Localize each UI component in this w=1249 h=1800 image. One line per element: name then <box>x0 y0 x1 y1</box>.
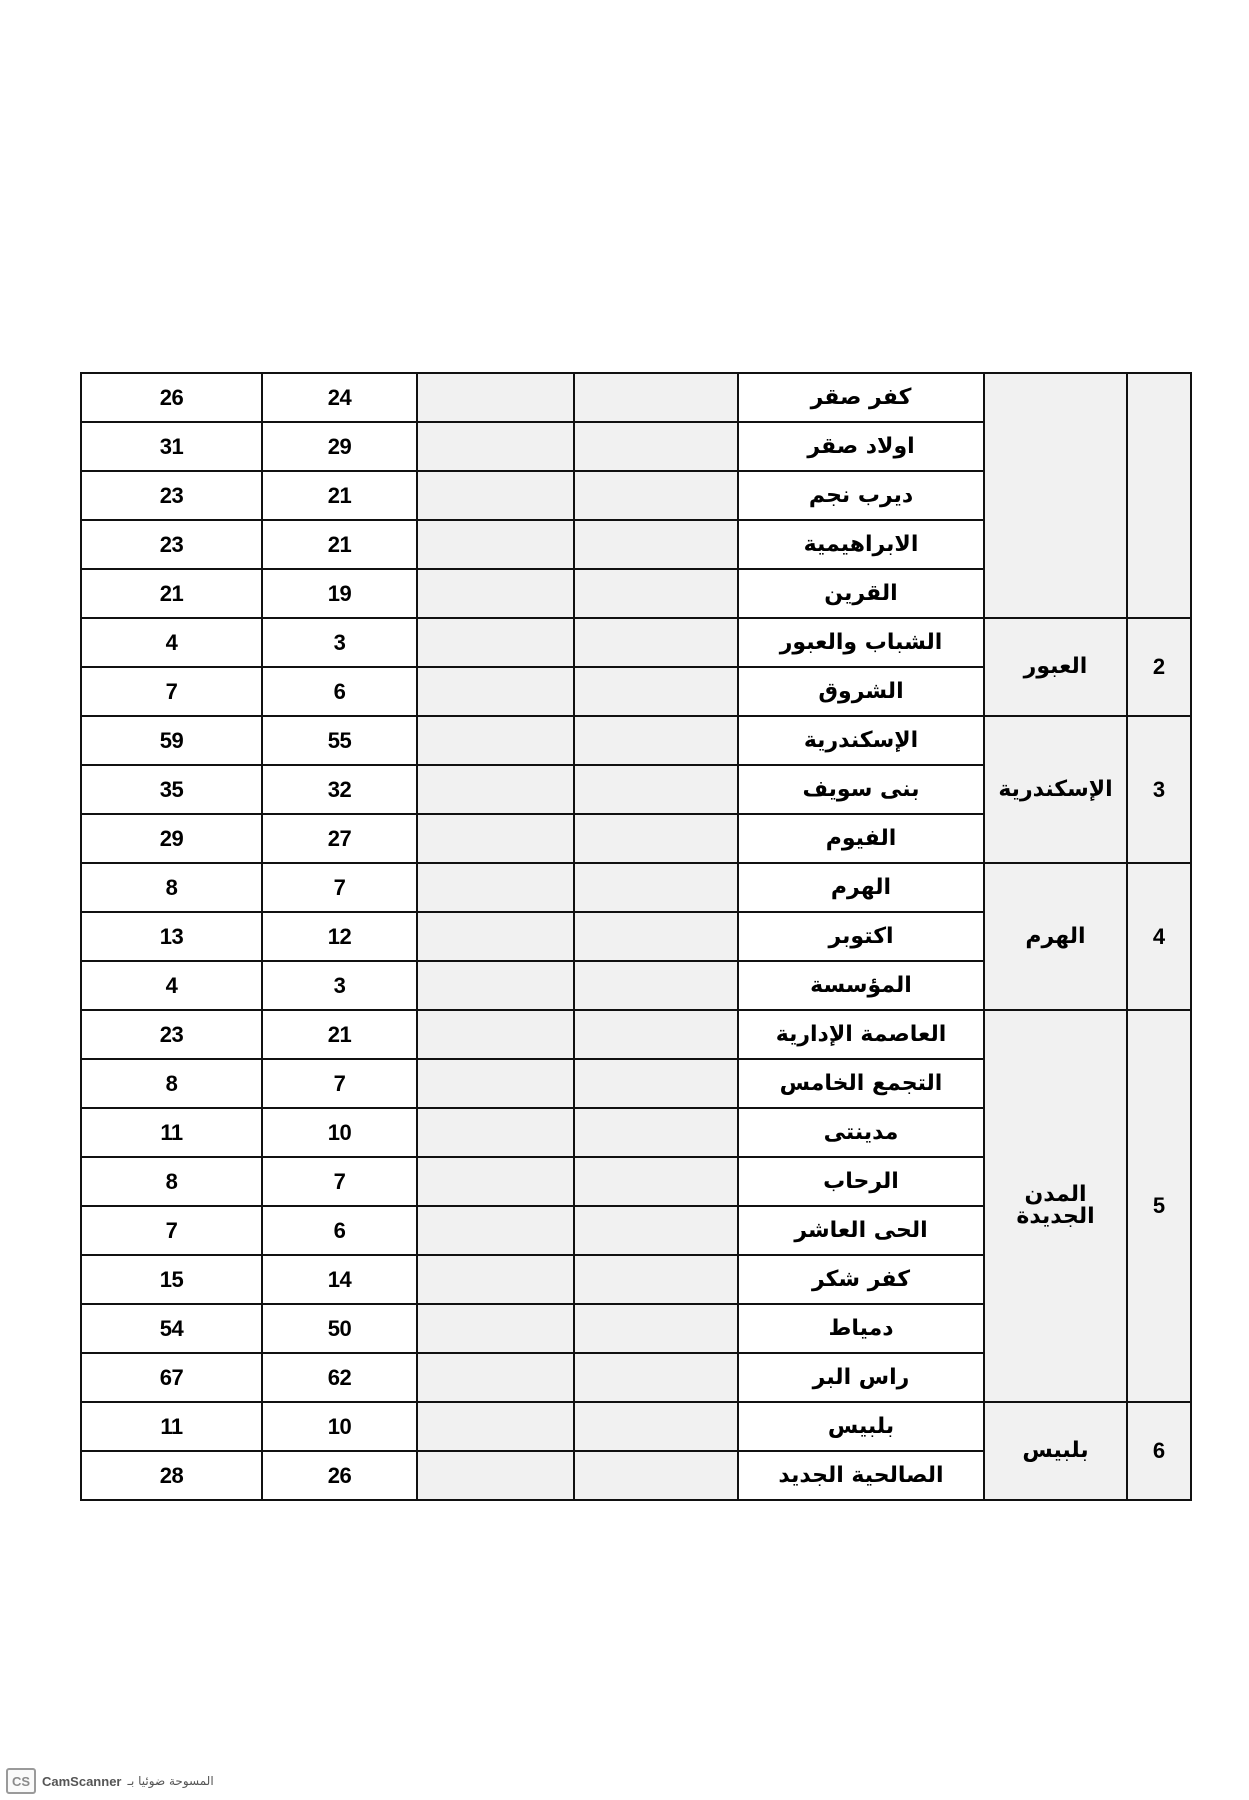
location-cell: الصالحية الجديد <box>738 1451 984 1500</box>
value-a-cell: 3 <box>262 961 417 1010</box>
value-a-cell: 6 <box>262 1206 417 1255</box>
group-number-cell: 5 <box>1127 1010 1191 1402</box>
value-a-cell: 21 <box>262 1010 417 1059</box>
value-a-cell: 19 <box>262 569 417 618</box>
location-cell: بنى سويف <box>738 765 984 814</box>
blank-cell <box>417 520 574 569</box>
blank-cell <box>574 422 738 471</box>
blank-cell <box>417 422 574 471</box>
group-number-cell: 4 <box>1127 863 1191 1010</box>
location-cell: الفيوم <box>738 814 984 863</box>
location-cell: ديرب نجم <box>738 471 984 520</box>
value-a-cell: 6 <box>262 667 417 716</box>
blank-cell <box>574 716 738 765</box>
blank-cell <box>574 961 738 1010</box>
value-b-cell: 31 <box>81 422 262 471</box>
blank-cell <box>417 912 574 961</box>
camscanner-footer: CS CamScanner المسوحة ضوئيا بـ <box>6 1767 214 1795</box>
blank-cell <box>574 1255 738 1304</box>
value-a-cell: 12 <box>262 912 417 961</box>
blank-cell <box>574 863 738 912</box>
blank-cell <box>417 1108 574 1157</box>
blank-cell <box>417 1304 574 1353</box>
table-row: 2624كفر صقر <box>81 373 1191 422</box>
blank-cell <box>417 1206 574 1255</box>
value-b-cell: 28 <box>81 1451 262 1500</box>
location-cell: مدينتى <box>738 1108 984 1157</box>
blank-cell <box>574 520 738 569</box>
blank-cell <box>417 961 574 1010</box>
value-b-cell: 7 <box>81 667 262 716</box>
value-b-cell: 7 <box>81 1206 262 1255</box>
location-cell: كفر شكر <box>738 1255 984 1304</box>
value-b-cell: 13 <box>81 912 262 961</box>
value-a-cell: 50 <box>262 1304 417 1353</box>
location-cell: التجمع الخامس <box>738 1059 984 1108</box>
blank-cell <box>417 814 574 863</box>
blank-cell <box>574 1010 738 1059</box>
value-a-cell: 14 <box>262 1255 417 1304</box>
blank-cell <box>417 1255 574 1304</box>
value-a-cell: 26 <box>262 1451 417 1500</box>
value-a-cell: 29 <box>262 422 417 471</box>
camscanner-brand: CamScanner <box>42 1774 121 1789</box>
value-b-cell: 15 <box>81 1255 262 1304</box>
location-cell: الإسكندرية <box>738 716 984 765</box>
blank-cell <box>417 1402 574 1451</box>
blank-cell <box>417 1353 574 1402</box>
value-b-cell: 23 <box>81 471 262 520</box>
location-cell: المؤسسة <box>738 961 984 1010</box>
location-cell: بلبيس <box>738 1402 984 1451</box>
value-b-cell: 8 <box>81 863 262 912</box>
group-number-cell: 6 <box>1127 1402 1191 1500</box>
blank-cell <box>574 1157 738 1206</box>
value-a-cell: 62 <box>262 1353 417 1402</box>
group-name-cell: المدن الجديدة <box>984 1010 1127 1402</box>
value-b-cell: 8 <box>81 1059 262 1108</box>
blank-cell <box>574 1451 738 1500</box>
value-b-cell: 11 <box>81 1108 262 1157</box>
value-a-cell: 7 <box>262 1157 417 1206</box>
value-b-cell: 21 <box>81 569 262 618</box>
location-cell: الرحاب <box>738 1157 984 1206</box>
value-a-cell: 3 <box>262 618 417 667</box>
group-number-cell <box>1127 373 1191 618</box>
blank-cell <box>417 765 574 814</box>
location-cell: راس البر <box>738 1353 984 1402</box>
blank-cell <box>417 1451 574 1500</box>
value-b-cell: 35 <box>81 765 262 814</box>
location-cell: الابراهيمية <box>738 520 984 569</box>
location-cell: الهرم <box>738 863 984 912</box>
table-row: 1110بلبيسبلبيس6 <box>81 1402 1191 1451</box>
location-cell: اولاد صقر <box>738 422 984 471</box>
blank-cell <box>574 1206 738 1255</box>
value-a-cell: 32 <box>262 765 417 814</box>
table-row: 2321العاصمة الإداريةالمدن الجديدة5 <box>81 1010 1191 1059</box>
value-b-cell: 59 <box>81 716 262 765</box>
blank-cell <box>574 1402 738 1451</box>
group-name-cell: العبور <box>984 618 1127 716</box>
scanned-page: 2624كفر صقر3129اولاد صقر2321ديرب نجم2321… <box>0 0 1249 1800</box>
blank-cell <box>574 1059 738 1108</box>
value-b-cell: 4 <box>81 618 262 667</box>
blank-cell <box>574 912 738 961</box>
group-name-cell: بلبيس <box>984 1402 1127 1500</box>
table-row: 43الشباب والعبورالعبور2 <box>81 618 1191 667</box>
group-name-cell <box>984 373 1127 618</box>
blank-cell <box>574 569 738 618</box>
value-b-cell: 23 <box>81 1010 262 1059</box>
value-b-cell: 29 <box>81 814 262 863</box>
value-a-cell: 10 <box>262 1108 417 1157</box>
blank-cell <box>574 1353 738 1402</box>
blank-cell <box>574 373 738 422</box>
blank-cell <box>417 373 574 422</box>
value-a-cell: 21 <box>262 471 417 520</box>
location-cell: الشروق <box>738 667 984 716</box>
value-a-cell: 24 <box>262 373 417 422</box>
blank-cell <box>574 471 738 520</box>
value-a-cell: 27 <box>262 814 417 863</box>
blank-cell <box>417 1059 574 1108</box>
value-a-cell: 10 <box>262 1402 417 1451</box>
blank-cell <box>417 471 574 520</box>
scanned-by-caption: المسوحة ضوئيا بـ <box>127 1774 213 1788</box>
group-number-cell: 3 <box>1127 716 1191 863</box>
blank-cell <box>417 618 574 667</box>
value-a-cell: 21 <box>262 520 417 569</box>
location-cell: الحى العاشر <box>738 1206 984 1255</box>
location-cell: كفر صقر <box>738 373 984 422</box>
camscanner-logo-icon: CS <box>6 1768 36 1794</box>
blank-cell <box>574 1304 738 1353</box>
data-table: 2624كفر صقر3129اولاد صقر2321ديرب نجم2321… <box>80 372 1192 1501</box>
table-row: 5955الإسكندريةالإسكندرية3 <box>81 716 1191 765</box>
blank-cell <box>417 1010 574 1059</box>
blank-cell <box>417 1157 574 1206</box>
value-b-cell: 8 <box>81 1157 262 1206</box>
value-b-cell: 23 <box>81 520 262 569</box>
group-number-cell: 2 <box>1127 618 1191 716</box>
value-a-cell: 55 <box>262 716 417 765</box>
blank-cell <box>574 618 738 667</box>
blank-cell <box>417 569 574 618</box>
value-a-cell: 7 <box>262 1059 417 1108</box>
value-b-cell: 67 <box>81 1353 262 1402</box>
value-b-cell: 4 <box>81 961 262 1010</box>
blank-cell <box>417 863 574 912</box>
location-cell: الشباب والعبور <box>738 618 984 667</box>
value-b-cell: 11 <box>81 1402 262 1451</box>
location-cell: العاصمة الإدارية <box>738 1010 984 1059</box>
location-cell: القرين <box>738 569 984 618</box>
group-name-cell: الإسكندرية <box>984 716 1127 863</box>
group-name-cell: الهرم <box>984 863 1127 1010</box>
location-cell: دمياط <box>738 1304 984 1353</box>
table-body: 2624كفر صقر3129اولاد صقر2321ديرب نجم2321… <box>81 373 1191 1500</box>
blank-cell <box>417 716 574 765</box>
blank-cell <box>574 1108 738 1157</box>
value-b-cell: 54 <box>81 1304 262 1353</box>
blank-cell <box>574 814 738 863</box>
blank-cell <box>574 667 738 716</box>
blank-cell <box>417 667 574 716</box>
value-a-cell: 7 <box>262 863 417 912</box>
table-row: 87الهرمالهرم4 <box>81 863 1191 912</box>
value-b-cell: 26 <box>81 373 262 422</box>
blank-cell <box>574 765 738 814</box>
location-cell: اكتوبر <box>738 912 984 961</box>
